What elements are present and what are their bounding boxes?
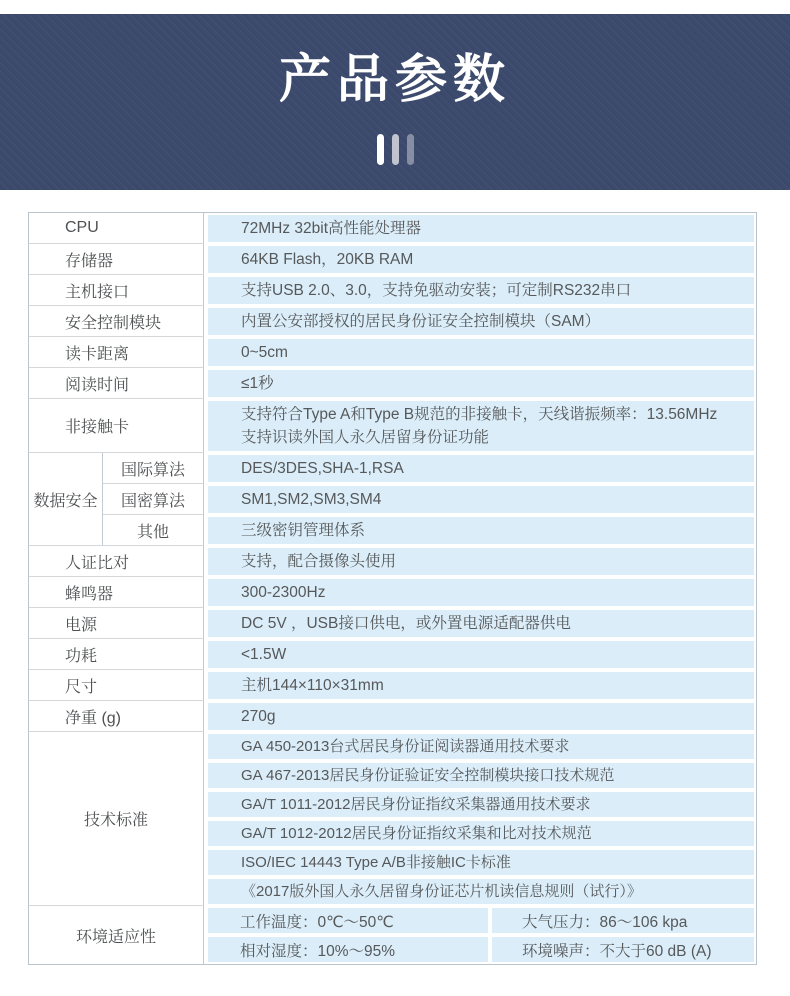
table-row: CPU 72MHz 32bit高性能处理器 — [29, 213, 756, 244]
row-value: 270g — [208, 703, 754, 730]
table-row: 读卡距离 0~5cm — [29, 337, 756, 368]
table-row: 人证比对 支持，配合摄像头使用 — [29, 546, 756, 577]
contactless-line1: 支持符合Type A和Type B规范的非接触卡，天线谐振频率：13.56MHz — [241, 403, 717, 426]
row-label: 尺寸 — [29, 670, 204, 701]
sub-label: 国际算法 — [103, 453, 203, 484]
group-values: DES/3DES,SHA-1,RSA SM1,SM2,SM3,SM4 三级密钥管… — [204, 453, 756, 546]
row-label: 人证比对 — [29, 546, 204, 577]
banner: 产品参数 — [0, 14, 790, 190]
bar-icon — [392, 134, 399, 165]
table-row-contactless: 非接触卡 支持符合Type A和Type B规范的非接触卡，天线谐振频率：13.… — [29, 399, 756, 453]
product-spec-page: { "banner": { "title": "产品参数" }, "colors… — [0, 0, 790, 996]
env-value: 工作温度：0℃～50℃ — [208, 908, 488, 933]
row-value: 72MHz 32bit高性能处理器 — [208, 215, 754, 242]
decorative-bars-icon — [377, 134, 414, 165]
group-values: 工作温度：0℃～50℃ 大气压力：86～106 kpa 相对湿度：10%～95%… — [204, 906, 756, 964]
data-security-group: 数据安全 国际算法 国密算法 其他 DES/3DES,SHA-1,RSA SM1… — [29, 453, 756, 546]
row-label: 净重 (g) — [29, 701, 204, 732]
env-value: 环境噪声：不大于60 dB (A) — [492, 937, 754, 962]
group-values: GA 450-2013台式居民身份证阅读器通用技术要求 GA 467-2013居… — [204, 732, 756, 906]
spec-table: CPU 72MHz 32bit高性能处理器 存储器 64KB Flash，20K… — [28, 212, 757, 965]
row-label: 读卡距离 — [29, 337, 204, 368]
row-label: 安全控制模块 — [29, 306, 204, 337]
row-value: DC 5V ，USB接口供电，或外置电源适配器供电 — [208, 610, 754, 637]
row-label: CPU — [29, 213, 204, 244]
row-value: 300-2300Hz — [208, 579, 754, 606]
table-row: 阅读时间 ≤1秒 — [29, 368, 756, 399]
row-value: 三级密钥管理体系 — [208, 517, 754, 544]
bar-icon — [377, 134, 384, 165]
table-row: 功耗 <1.5W — [29, 639, 756, 670]
row-label: 主机接口 — [29, 275, 204, 306]
sub-label: 国密算法 — [103, 484, 203, 515]
environment-group: 环境适应性 工作温度：0℃～50℃ 大气压力：86～106 kpa 相对湿度：1… — [29, 906, 756, 964]
table-row: 尺寸 主机144×110×31mm — [29, 670, 756, 701]
row-value: ≤1秒 — [208, 370, 754, 397]
row-value: 64KB Flash，20KB RAM — [208, 246, 754, 273]
row-value: 主机144×110×31mm — [208, 672, 754, 699]
row-label: 非接触卡 — [29, 399, 204, 453]
standard-item: GA/T 1011-2012居民身份证指纹采集器通用技术要求 — [208, 792, 754, 817]
standards-group: 技术标准 GA 450-2013台式居民身份证阅读器通用技术要求 GA 467-… — [29, 732, 756, 906]
row-label: 阅读时间 — [29, 368, 204, 399]
env-value: 相对湿度：10%～95% — [208, 937, 488, 962]
row-value: DES/3DES,SHA-1,RSA — [208, 455, 754, 482]
row-value: 支持符合Type A和Type B规范的非接触卡，天线谐振频率：13.56MHz… — [208, 401, 754, 451]
row-value: 支持，配合摄像头使用 — [208, 548, 754, 575]
row-value: SM1,SM2,SM3,SM4 — [208, 486, 754, 513]
group-sublabels: 国际算法 国密算法 其他 — [103, 453, 204, 546]
table-row: 净重 (g) 270g — [29, 701, 756, 732]
row-label: 电源 — [29, 608, 204, 639]
contactless-line2: 支持识读外国人永久居留身份证功能 — [241, 426, 489, 449]
row-label: 存储器 — [29, 244, 204, 275]
standard-item: 《2017版外国人永久居留身份证芯片机读信息规则（试行）》 — [208, 879, 754, 904]
group-label: 数据安全 — [29, 453, 103, 546]
page-title: 产品参数 — [279, 54, 511, 106]
row-label: 蜂鸣器 — [29, 577, 204, 608]
row-value: 0~5cm — [208, 339, 754, 366]
env-value: 大气压力：86～106 kpa — [492, 908, 754, 933]
row-value: 内置公安部授权的居民身份证安全控制模块（SAM） — [208, 308, 754, 335]
row-label: 功耗 — [29, 639, 204, 670]
table-row: 存储器 64KB Flash，20KB RAM — [29, 244, 756, 275]
standard-item: GA 450-2013台式居民身份证阅读器通用技术要求 — [208, 734, 754, 759]
standard-item: ISO/IEC 14443 Type A/B非接触IC卡标准 — [208, 850, 754, 875]
group-label: 环境适应性 — [29, 906, 204, 964]
table-row: 蜂鸣器 300-2300Hz — [29, 577, 756, 608]
table-row: 主机接口 支持USB 2.0、3.0，支持免驱动安装；可定制RS232串口 — [29, 275, 756, 306]
table-row: 安全控制模块 内置公安部授权的居民身份证安全控制模块（SAM） — [29, 306, 756, 337]
row-value: <1.5W — [208, 641, 754, 668]
table-row: 电源 DC 5V ，USB接口供电，或外置电源适配器供电 — [29, 608, 756, 639]
standard-item: GA 467-2013居民身份证验证安全控制模块接口技术规范 — [208, 763, 754, 788]
bar-icon — [407, 134, 414, 165]
sub-label: 其他 — [103, 515, 203, 546]
row-value: 支持USB 2.0、3.0，支持免驱动安装；可定制RS232串口 — [208, 277, 754, 304]
group-label: 技术标准 — [29, 732, 204, 906]
standard-item: GA/T 1012-2012居民身份证指纹采集和比对技术规范 — [208, 821, 754, 846]
